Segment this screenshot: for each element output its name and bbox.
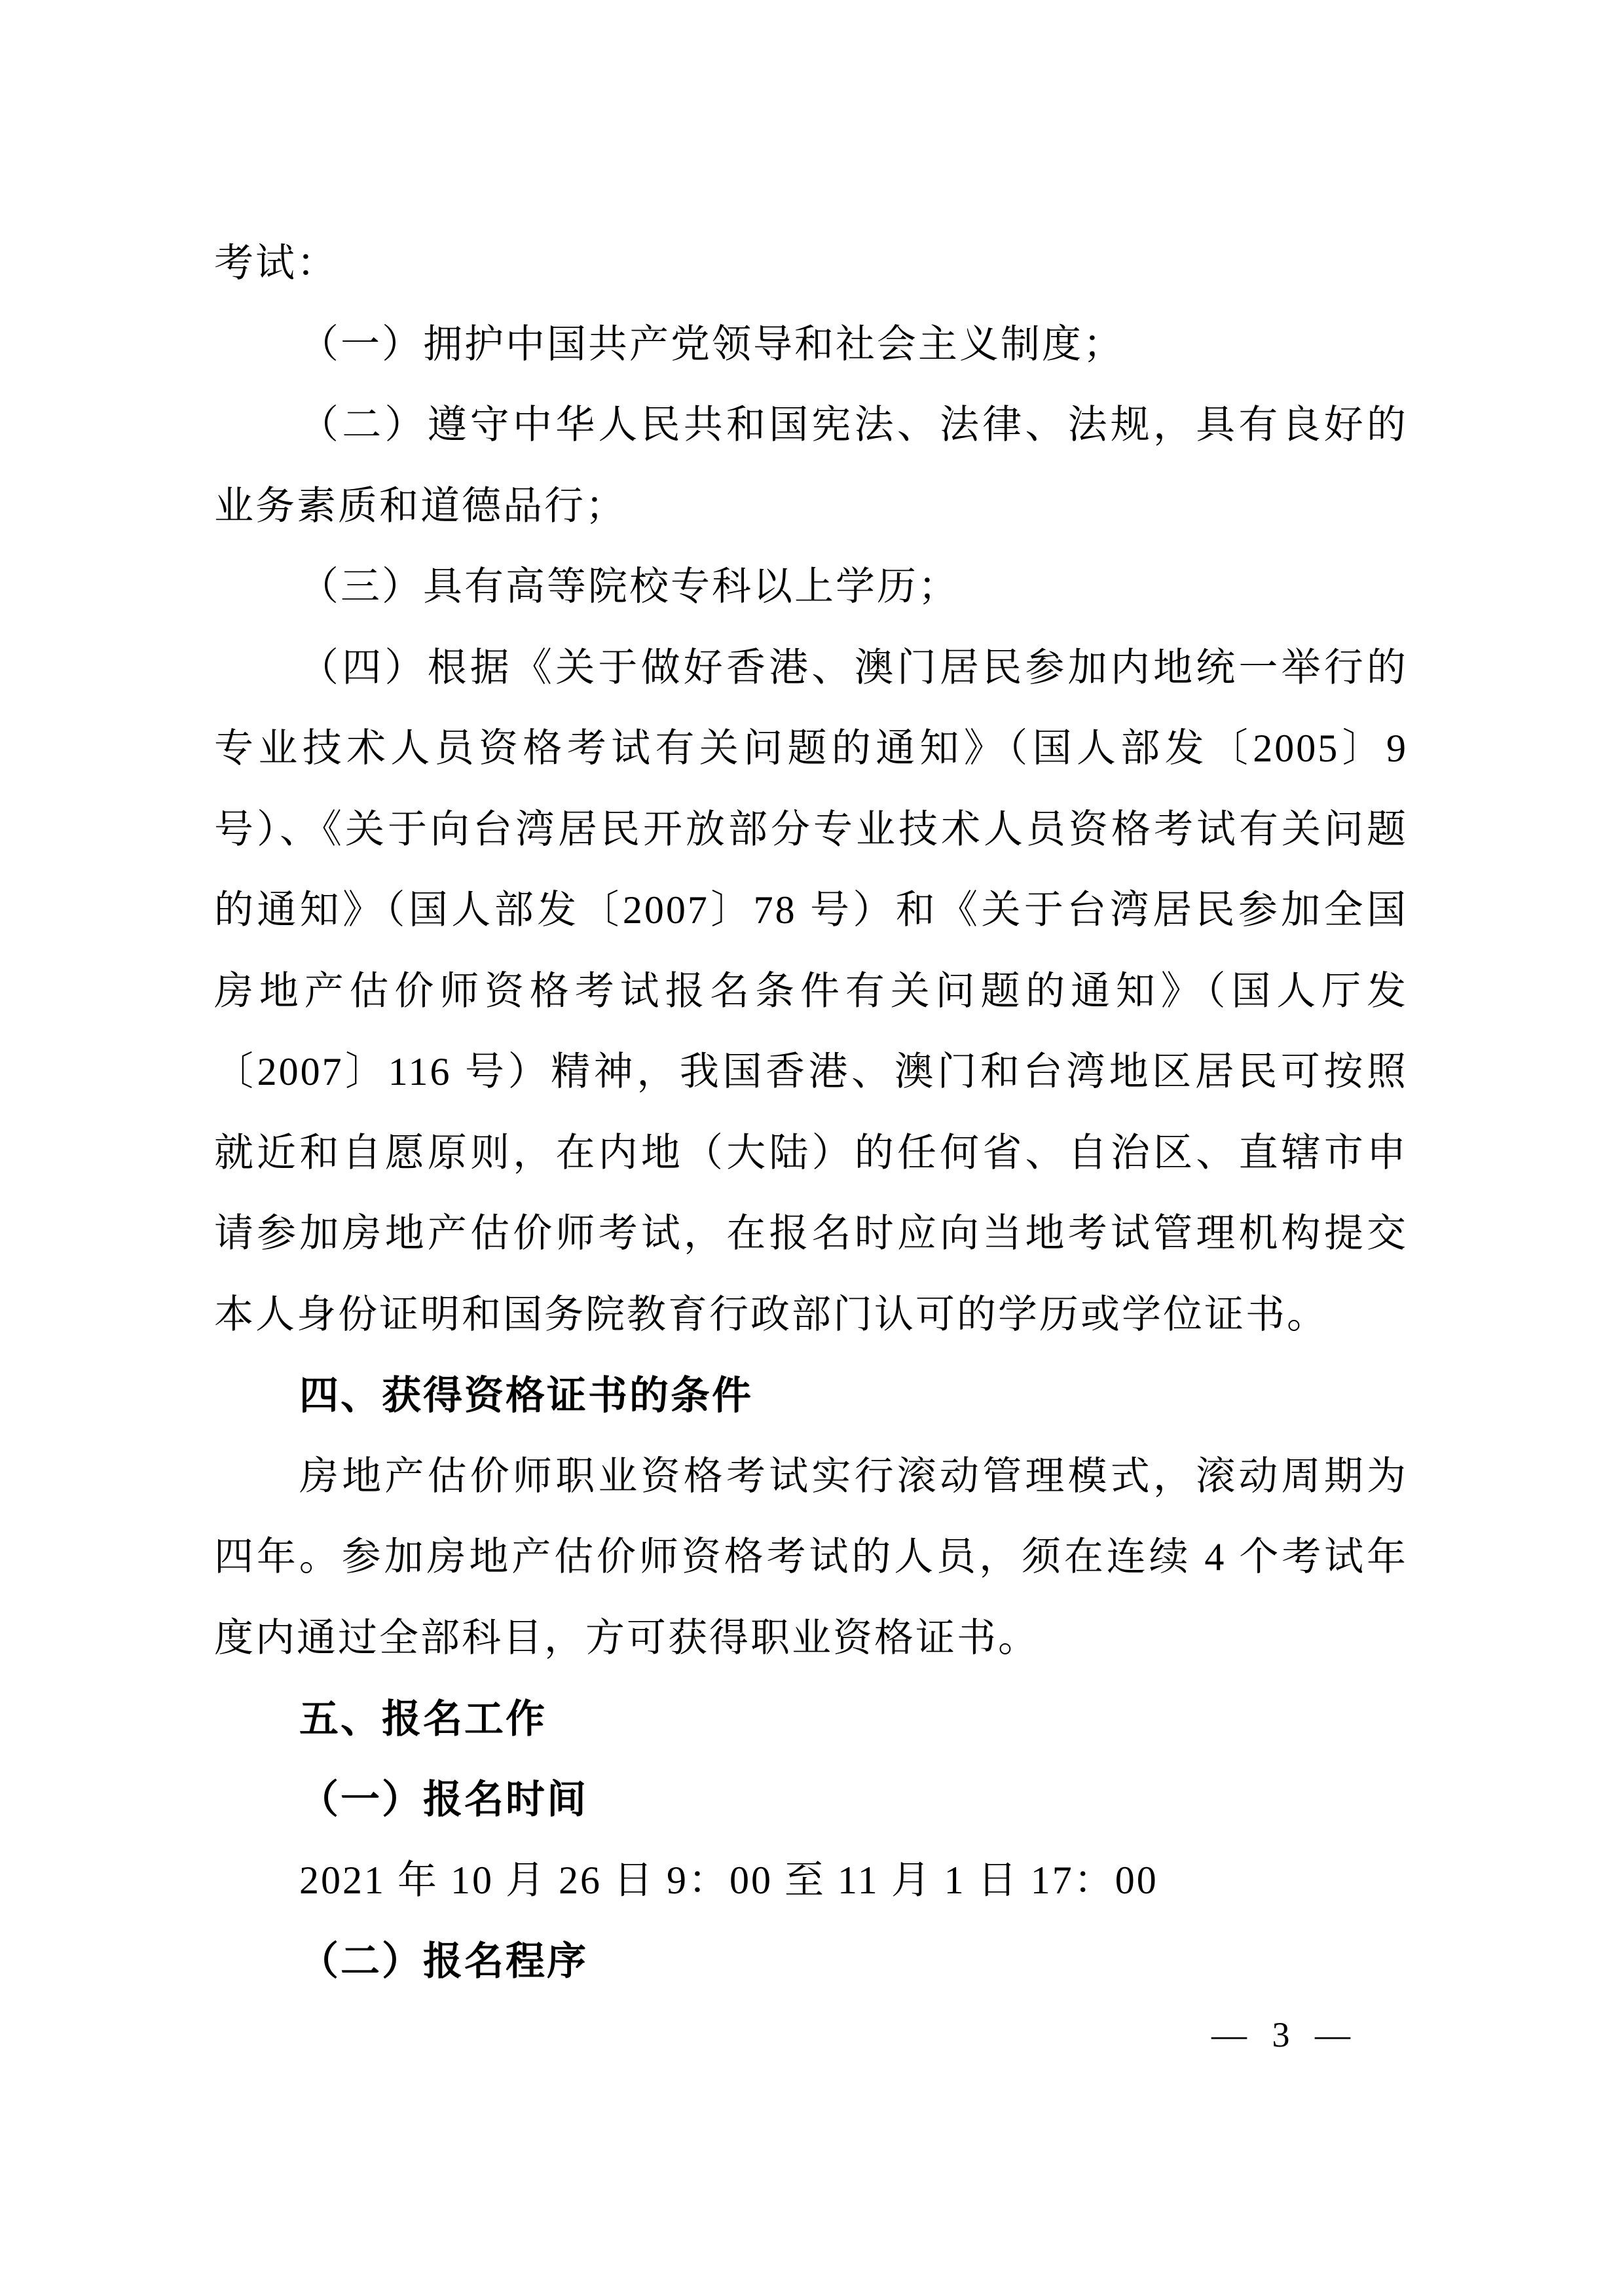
document-text: 考试：（一）拥护中国共产党领导和社会主义制度；（二）遵守中华人民共和国宪法、法律… [214,223,1408,2002]
condition-item-4-cont-8: 本人身份证明和国务院教育行政部门认可的学历或学位证书。 [214,1275,1408,1356]
footer-dash-right: — [1315,2015,1350,2054]
subsection-heading-1: （一）报名时间 [214,1760,1408,1841]
subsection-heading-2: （二）报名程序 [214,1922,1408,2003]
condition-item-4-cont-1: 专业技术人员资格考试有关问题的通知》（国人部发〔2005〕9 [214,708,1408,790]
condition-item-4-cont-7: 请参加房地产估价师考试，在报名时应向当地考试管理机构提交 [214,1194,1408,1275]
section-heading-5: 五、报名工作 [214,1679,1408,1760]
section-4-para-line-1: 房地产估价师职业资格考试实行滚动管理模式，滚动周期为 [214,1436,1408,1518]
condition-item-4-cont-2: 号）、《关于向台湾居民开放部分专业技术人员资格考试有关问题 [214,790,1408,871]
registration-time: 2021 年 10 月 26 日 9：00 至 11 月 1 日 17：00 [214,1840,1408,1922]
condition-item-2-cont: 业务素质和道德品行； [214,466,1408,547]
condition-item-4: （四）根据《关于做好香港、澳门居民参加内地统一举行的 [214,628,1408,709]
body-line-continuation: 考试： [214,223,1408,304]
section-4-para-line-3: 度内通过全部科目，方可获得职业资格证书。 [214,1598,1408,1679]
page-footer: — 3 — [1211,2015,1350,2054]
condition-item-4-cont-3: 的通知》（国人部发〔2007〕78 号）和《关于台湾居民参加全国 [214,870,1408,951]
condition-item-4-cont-5: 〔2007〕116 号）精神，我国香港、澳门和台湾地区居民可按照 [214,1032,1408,1113]
document-page: 考试：（一）拥护中国共产党领导和社会主义制度；（二）遵守中华人民共和国宪法、法律… [0,0,1624,2296]
condition-item-2: （二）遵守中华人民共和国宪法、法律、法规，具有良好的 [214,385,1408,466]
section-heading-4: 四、获得资格证书的条件 [214,1355,1408,1436]
condition-item-1: （一）拥护中国共产党领导和社会主义制度； [214,304,1408,386]
section-4-para-line-2: 四年。参加房地产估价师资格考试的人员，须在连续 4 个考试年 [214,1517,1408,1598]
condition-item-4-cont-4: 房地产估价师资格考试报名条件有关问题的通知》（国人厅发 [214,951,1408,1032]
condition-item-4-cont-6: 就近和自愿原则，在内地（大陆）的任何省、自治区、直辖市申 [214,1113,1408,1194]
condition-item-3: （三）具有高等院校专科以上学历； [214,547,1408,628]
footer-page-number: 3 [1272,2015,1290,2054]
footer-dash-left: — [1211,2015,1247,2054]
